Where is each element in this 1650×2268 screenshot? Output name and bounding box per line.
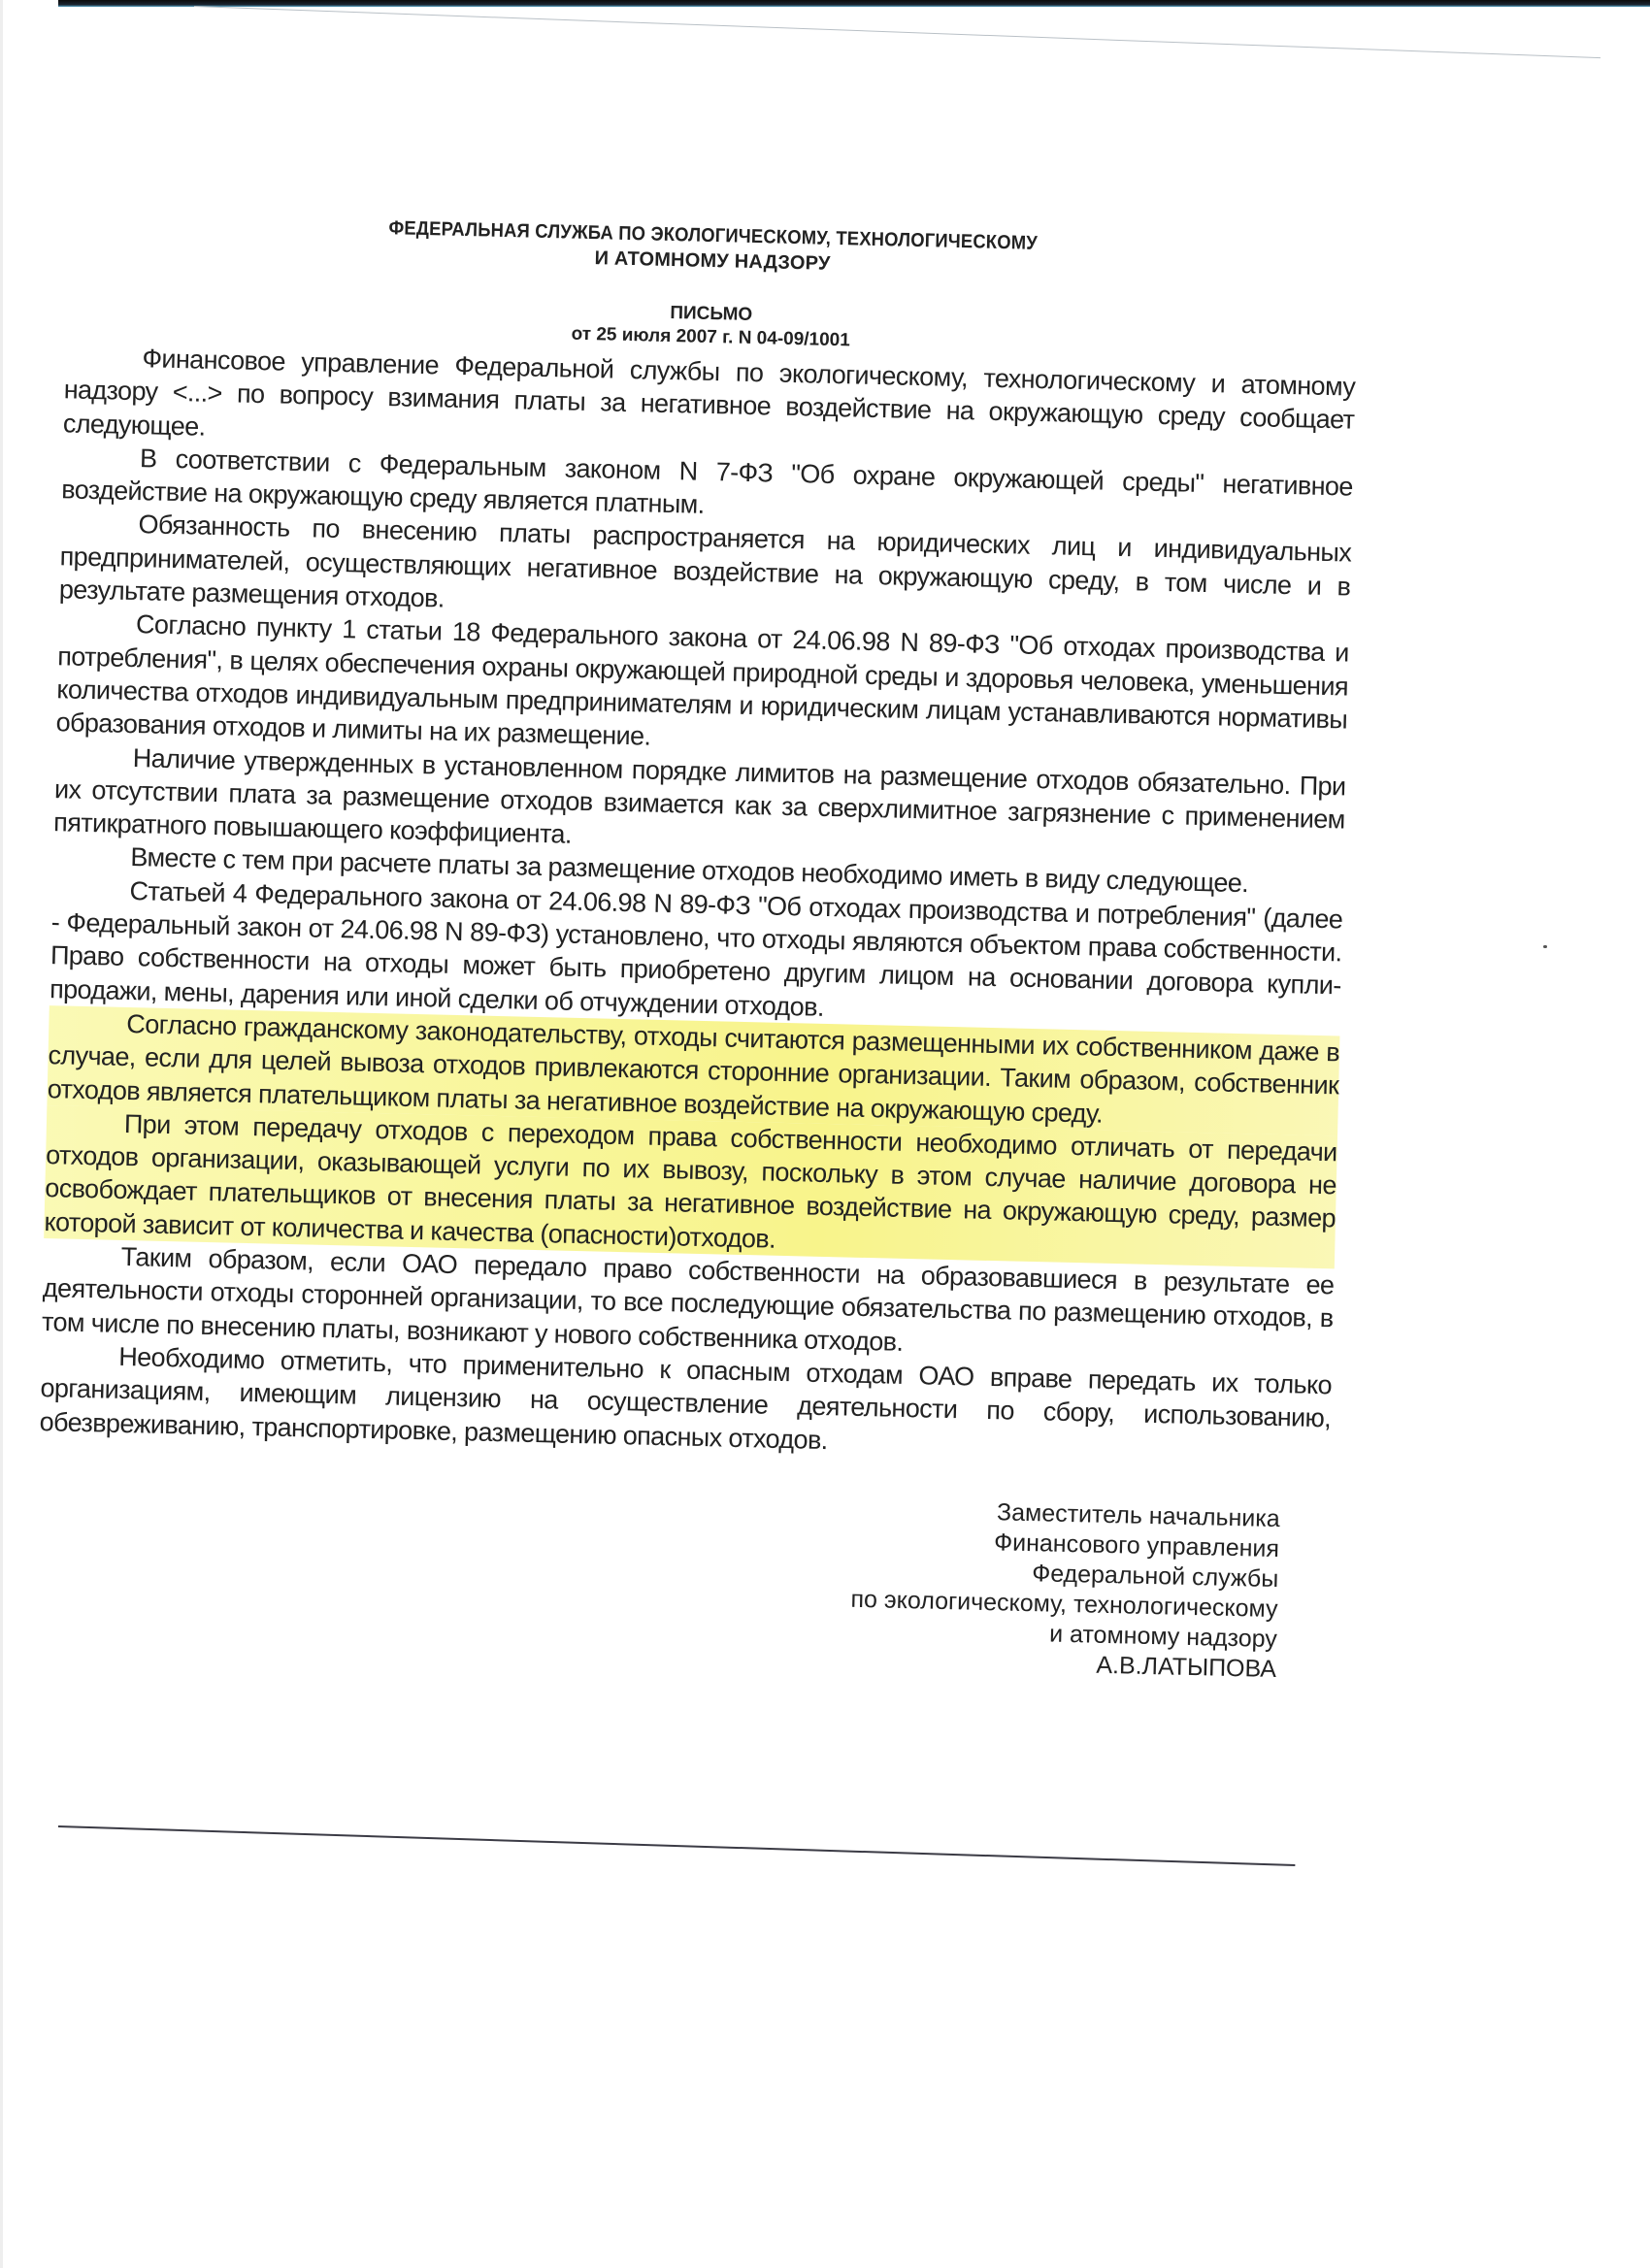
bottom-rule [58, 1825, 1295, 1866]
signature-block: Заместитель начальника Финансового управ… [762, 1492, 1280, 1684]
letter-body: Финансовое управление Федеральной службы… [39, 340, 1355, 1468]
letter-header: ФЕДЕРАЛЬНАЯ СЛУЖБА ПО ЭКОЛОГИЧЕСКОМУ, ТЕ… [67, 208, 1359, 288]
scan-fold-line [194, 6, 1600, 58]
letter-page: ФЕДЕРАЛЬНАЯ СЛУЖБА ПО ЭКОЛОГИЧЕСКОМУ, ТЕ… [34, 208, 1359, 1686]
scan-speck [1543, 945, 1547, 948]
scan-margin [0, 0, 3, 2268]
scan-top-edge [58, 0, 1650, 7]
